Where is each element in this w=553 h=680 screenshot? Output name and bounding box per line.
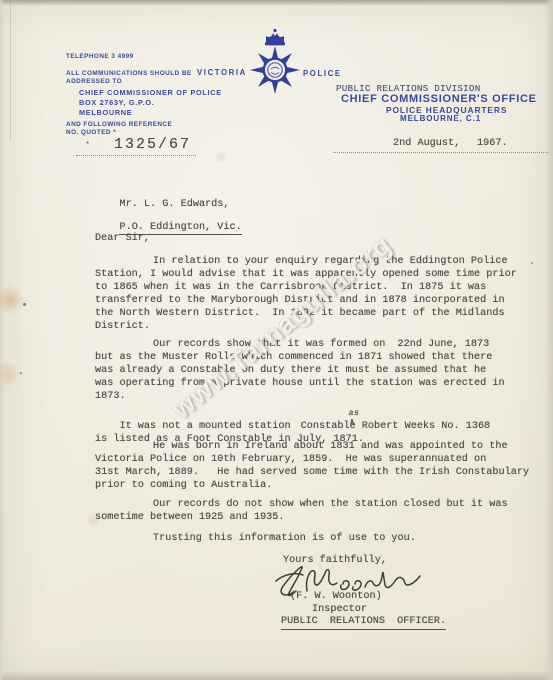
letterhead-address-1: CHIEF COMMISSIONER OF POLICE — [79, 88, 222, 98]
paper-stain — [0, 360, 21, 388]
reference-number: 1325/67 — [114, 137, 191, 153]
crest-label-victoria: VICTORIA — [197, 68, 247, 77]
handwritten-insertion: ∧as — [291, 417, 301, 428]
letterhead-address-3: MELBOURNE — [79, 108, 132, 118]
scan-edge-right — [545, 0, 553, 680]
signatory-rank: Inspector — [312, 604, 367, 617]
salutation: Dear Sir, — [95, 233, 150, 246]
paragraph-1: In relation to your enquiry regarding th… — [95, 256, 543, 333]
victoria-police-crest-icon — [245, 27, 305, 97]
letterhead-address-2: BOX 2763Y, G.P.O. — [79, 98, 154, 108]
paragraph-5: Our records do not show when the station… — [95, 499, 543, 525]
letter-year: 1967. — [477, 138, 508, 151]
scan-edge-bottom — [0, 671, 553, 680]
paper-speck — [20, 372, 22, 374]
paragraph-2: Our records show that it was formed on 2… — [95, 339, 543, 404]
letterhead-telephone: TELEPHONE 3 4999 — [66, 53, 134, 61]
paper-speck — [23, 303, 26, 306]
recipient-name: Mr. L. G. Edwards, — [119, 199, 229, 210]
handwritten-signature — [262, 559, 427, 601]
signatory-title: PUBLIC RELATIONS OFFICER. — [281, 616, 446, 630]
letterhead-reference-note-2: NO. QUOTED * — [66, 129, 116, 137]
scan-edge-left — [0, 0, 4, 680]
paragraph-3-text-before: It was not a mounted station — [119, 421, 290, 432]
letterhead-reference-note-1: AND FOLLOWING REFERENCE — [66, 121, 172, 129]
paper-stain — [0, 286, 26, 314]
paragraph-6: Trusting this information is of use to y… — [95, 533, 543, 546]
letter-date: 2nd August, — [393, 138, 460, 151]
paper-crease — [10, 0, 11, 140]
date-rule: 2nd August, 1967. — [333, 136, 548, 153]
reference-marker: * — [86, 140, 89, 149]
scan-edge-top — [0, 0, 553, 6]
letterhead-city: MELBOURNE, C.1 — [400, 114, 481, 123]
scanned-letter-page: www.Tarnagulla.org TELEPHONE 3 4999 ALL … — [0, 0, 553, 680]
paper-stain — [214, 152, 228, 163]
insertion-word: as — [291, 408, 360, 421]
letterhead-communications-note-1: ALL COMMUNICATIONS SHOULD BE — [66, 70, 192, 78]
reference-rule: * 1325/67 — [76, 140, 196, 156]
letterhead-office: CHIEF COMMISSIONER'S OFFICE — [341, 93, 537, 105]
crest-label-police: POLICE — [303, 69, 342, 78]
paragraph-4: He was born in Ireland about 1831 and wa… — [95, 441, 543, 493]
letterhead-communications-note-2: ADDRESSED TO — [66, 78, 122, 86]
